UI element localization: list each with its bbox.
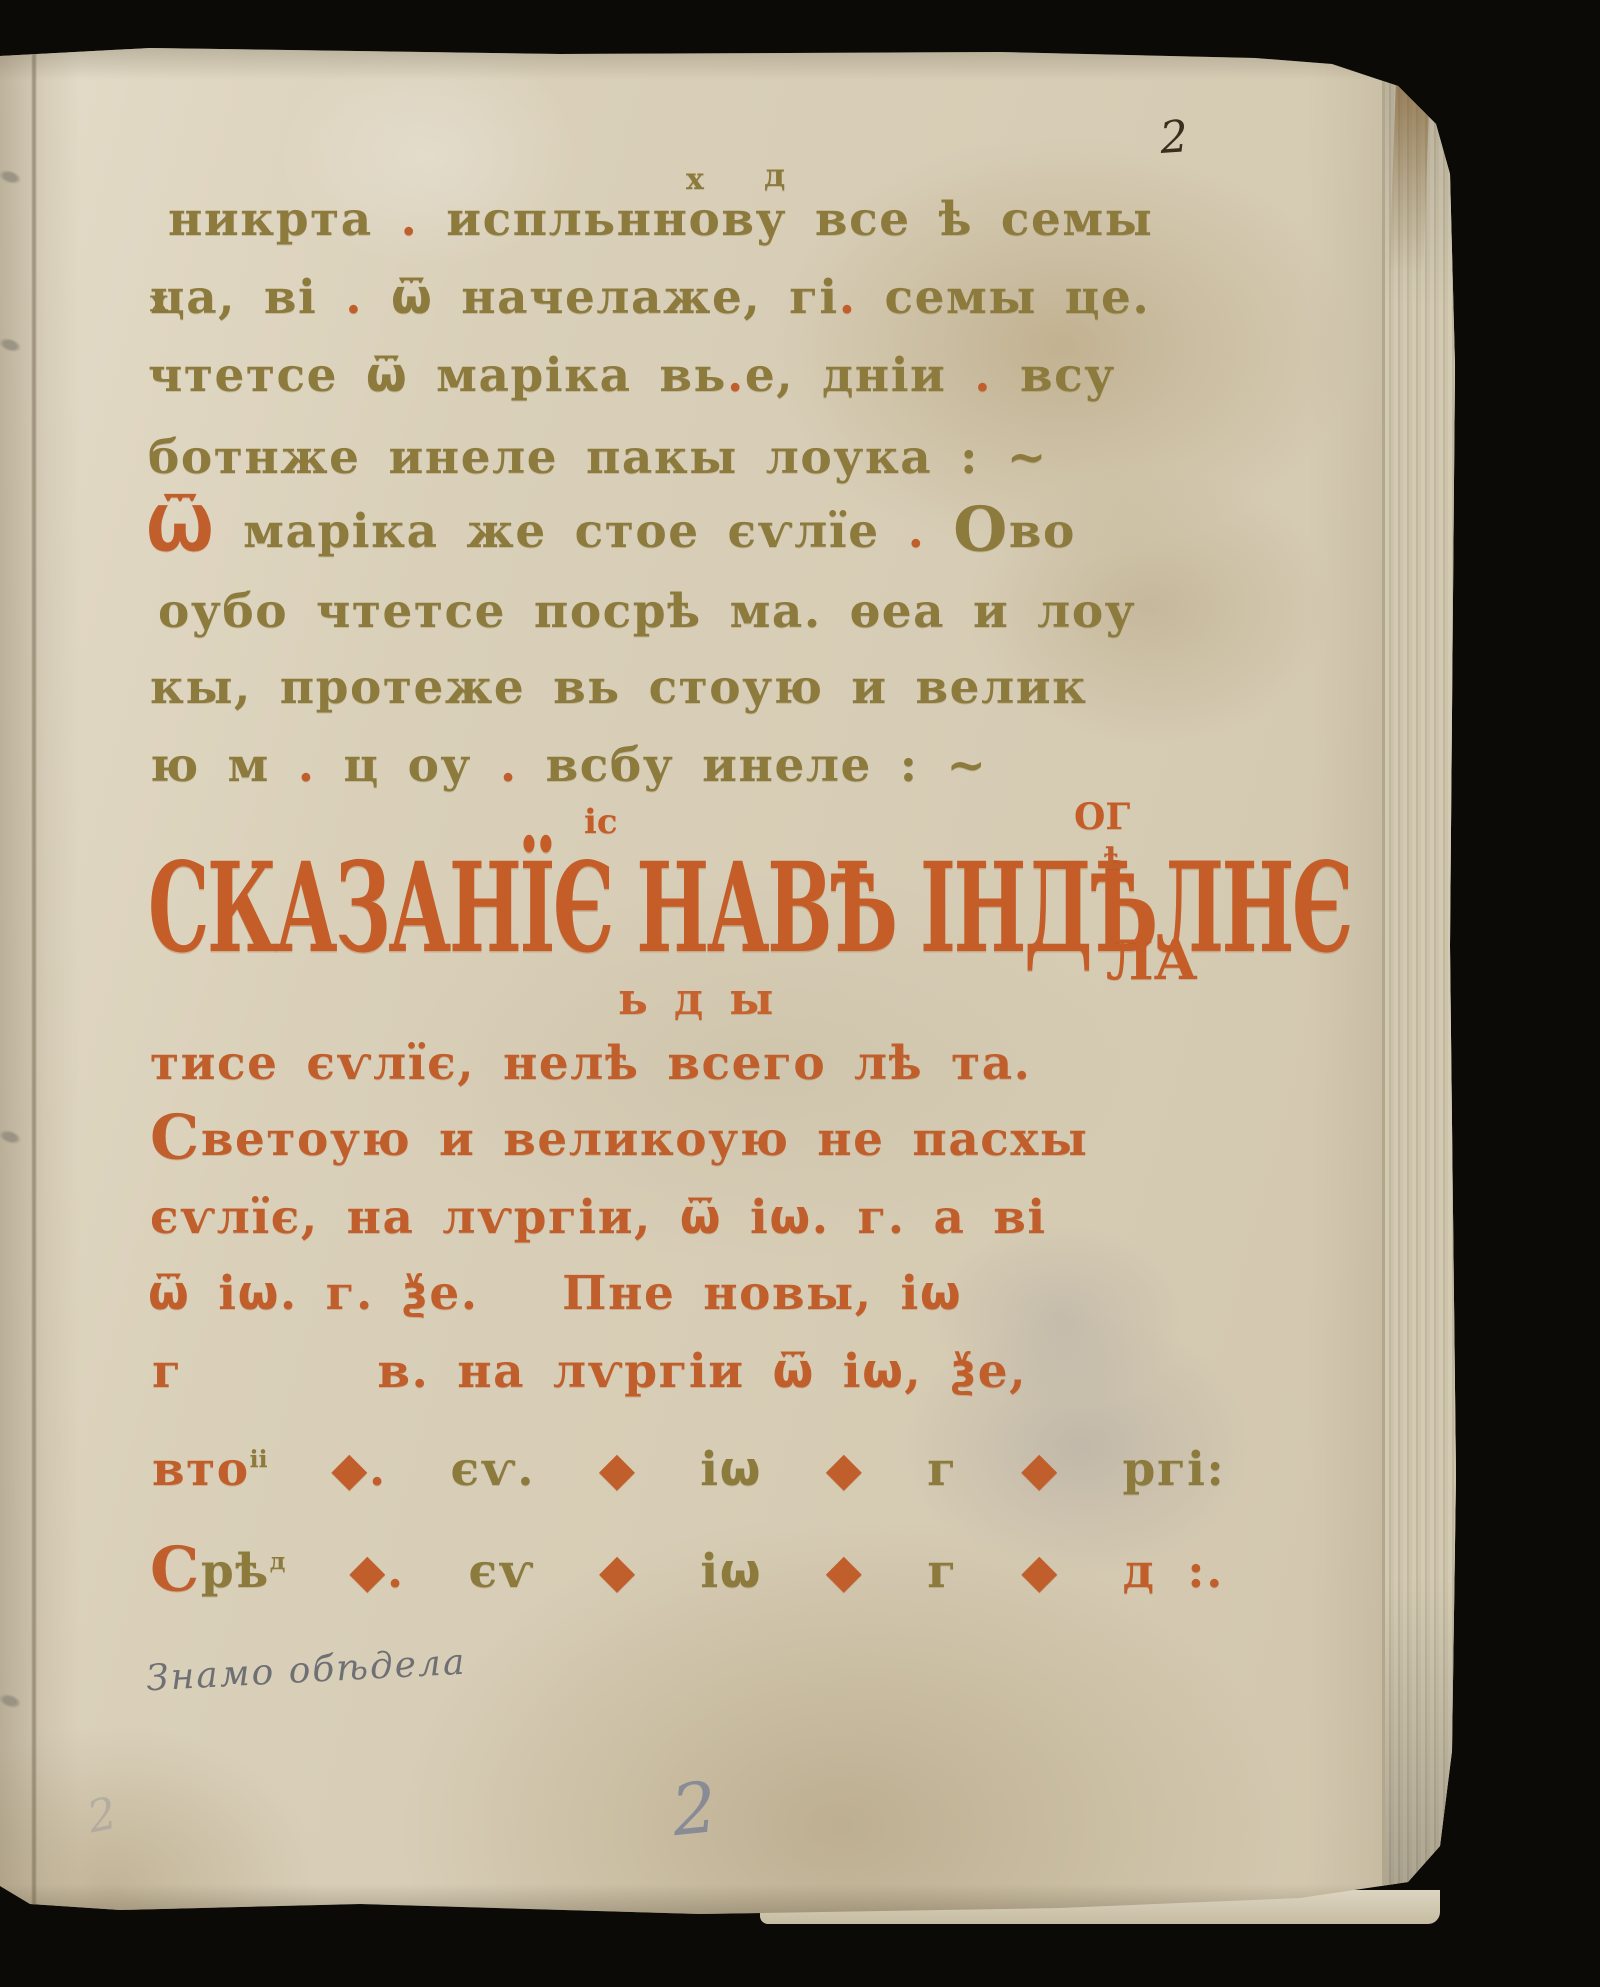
manuscript-line: г в. на лѵргіи ѿ іѡ, ѯе,: [152, 1348, 1027, 1395]
manuscript-line: ца, ві . ѿ начелаже, гі. семы це.: [150, 274, 1150, 321]
text-run: ц оу: [343, 738, 472, 793]
text-run: никрта: [168, 192, 373, 247]
heading-descenders: ьды: [618, 974, 799, 1025]
marginal-mark: ѣ: [1104, 842, 1125, 877]
text-run: Ѿ: [146, 493, 215, 566]
text-run: іѡ: [700, 1544, 762, 1599]
text-run: г в. на лѵргіи ѿ іѡ, ѯе,: [152, 1344, 1027, 1399]
manuscript-line: никрта . испльннову все ѣ семы: [168, 196, 1153, 243]
text-run: єѵлїє, на лѵргіи, ѿ іѡ. г. а ві: [150, 1190, 1047, 1245]
text-run: ◆: [535, 1544, 700, 1599]
text-run: г: [927, 1544, 957, 1599]
manuscript-line: Ѿ маріка же стое єѵлїе . Ово: [146, 508, 1076, 555]
text-run: д: [270, 1547, 286, 1575]
marginal-mark: х: [686, 162, 704, 197]
text-run: .: [472, 738, 546, 793]
text-run: ца, ві: [150, 270, 317, 325]
text-run: ботнже инеле пакы лоука : ~: [148, 430, 1048, 485]
text-run: іѡ: [700, 1442, 762, 1497]
marginal-mark: д: [764, 156, 785, 194]
text-run: г: [927, 1442, 957, 1497]
text-run: е, дніи: [745, 348, 947, 403]
manuscript-line: кы, протеже вь стоую и велик: [150, 664, 1088, 711]
rubric-heading: іс ОГ СКАЗАНЇЄ НАВѢ ІНДѢЛНЄ ьды ЛА: [148, 836, 1178, 1046]
text-run: ргі:: [1123, 1442, 1226, 1497]
text-run: ◆: [762, 1544, 927, 1599]
text-run: ѿ іѡ. г. ѯе. Пне новы, іѡ: [148, 1266, 962, 1321]
heading-superscript: ОГ: [1074, 796, 1130, 838]
manuscript-line: оубо чтетсе посрѣ ма. ѳеа и лоу: [158, 588, 1136, 635]
text-run: ветоую и великоую не пасхы: [201, 1112, 1089, 1167]
text-run: всбу инеле : ~: [546, 738, 988, 793]
text-run: єѵ.: [450, 1442, 535, 1497]
manuscript-line: Срѣд ◆. єѵ ◆ іѡ ◆ г ◆ д :.: [150, 1548, 1224, 1595]
pencil-page-number: 2: [668, 1766, 721, 1852]
manuscript-line: єѵлїє, на лѵргіи, ѿ іѡ. г. а ві: [150, 1194, 1047, 1241]
text-run: рѣ: [201, 1544, 270, 1599]
text-run: оубо чтетсе посрѣ ма. ѳеа и лоу: [158, 584, 1136, 639]
manuscript-line: чтетсе ѿ маріка вь.е, дніи . всу: [148, 352, 1116, 399]
text-run: ◆: [958, 1544, 1123, 1599]
manuscript-line: ѿ іѡ. г. ѯе. Пне новы, іѡ: [148, 1270, 962, 1317]
text-run: всу: [1020, 348, 1116, 403]
manuscript-line: Светоую и великоую не пасхы: [150, 1116, 1089, 1163]
text-run: во: [1009, 504, 1076, 559]
manuscript-line: ботнже инеле пакы лоука : ~: [148, 434, 1048, 481]
text-run: .: [317, 270, 391, 325]
text-run: .: [946, 348, 1020, 403]
text-run: ◆: [535, 1442, 700, 1497]
heading-tail: ЛА: [1106, 928, 1198, 992]
text-run: .: [373, 192, 447, 247]
text-run: єѵ: [468, 1544, 535, 1599]
manuscript-line: втоіі ◆. єѵ. ◆ іѡ ◆ г ◆ ргі:: [152, 1446, 1225, 1493]
text-run: ◆.: [268, 1442, 451, 1497]
marginal-mark: х: [150, 284, 168, 319]
text-run: ю м: [150, 738, 270, 793]
text-run: испльннову все ѣ семы: [446, 192, 1153, 247]
manuscript-line: тисе єѵлїє, нелѣ всего лѣ та.: [150, 1040, 1032, 1087]
text-run: ◆.: [285, 1544, 468, 1599]
text-run: чтетсе ѿ маріка вь: [148, 348, 727, 403]
manuscript-line: ю м . ц оу . всбу инеле : ~: [150, 742, 987, 789]
text-run: д :.: [1123, 1544, 1224, 1599]
text-run: кы, протеже вь стоую и велик: [150, 660, 1088, 715]
text-run: вто: [152, 1442, 250, 1497]
text-run: С: [150, 1533, 201, 1606]
text-run: маріка же стое єѵлїе: [215, 504, 879, 559]
text-run: .: [839, 270, 857, 325]
text-run: семы це.: [857, 270, 1151, 325]
text-run: С: [150, 1101, 201, 1174]
text-run: іі: [250, 1445, 268, 1473]
text-run: .: [270, 738, 344, 793]
text-run: ѿ начелаже, гі: [391, 270, 839, 325]
text-run: ◆: [762, 1442, 927, 1497]
text-run: ◆: [957, 1442, 1122, 1497]
text-run: О: [953, 493, 1009, 566]
text-run: .: [727, 348, 745, 403]
text-run: .: [880, 504, 954, 559]
manuscript-photo: 2 іс ОГ СКАЗАНЇЄ НАВѢ ІНДѢЛНЄ ьды ЛА ник…: [0, 0, 1600, 1987]
